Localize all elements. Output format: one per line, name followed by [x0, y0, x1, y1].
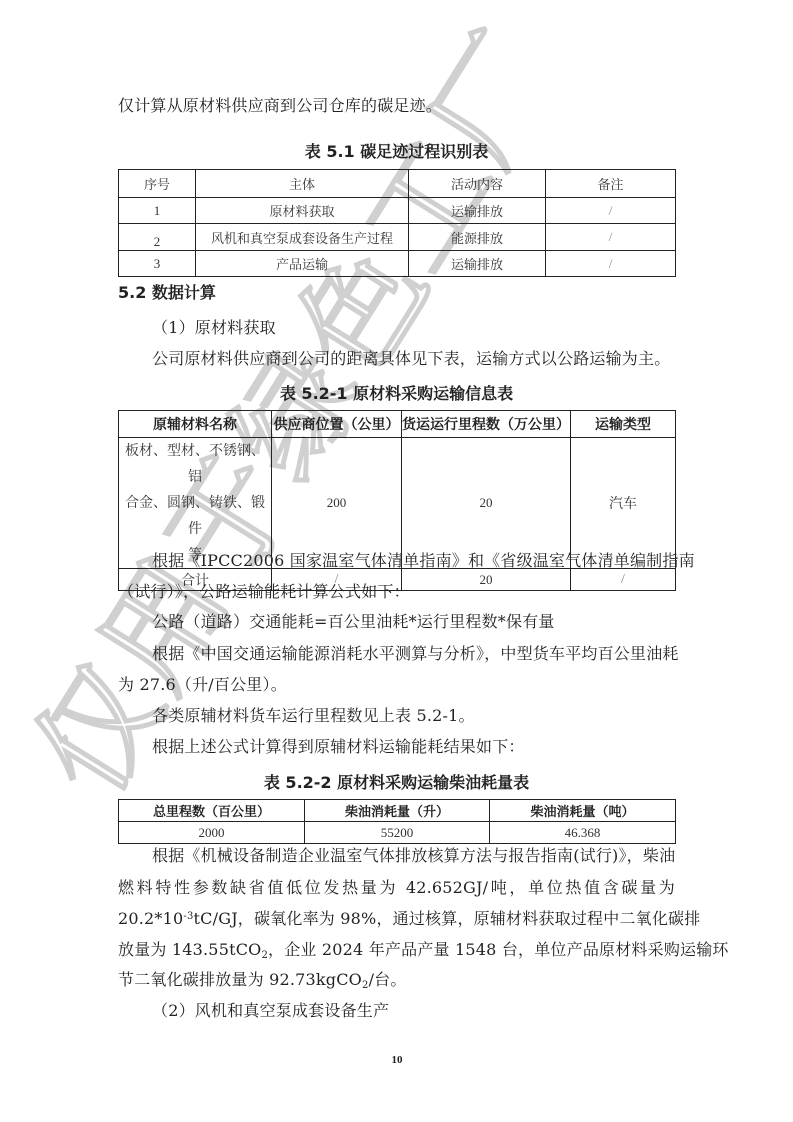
cell: 3 [119, 251, 196, 277]
table-row: 板材、型材、不锈钢、铝 合金、圆钢、铸铁、锻件 等 200 20 汽车 [119, 438, 676, 569]
table-5-2-2: 总里程数（百公里） 柴油消耗量（升） 柴油消耗量（吨） 2000 55200 4… [118, 799, 676, 844]
text: 20.2*10 [118, 909, 183, 928]
header-cell: 运输类型 [571, 411, 676, 438]
table-header-row: 总里程数（百公里） 柴油消耗量（升） 柴油消耗量（吨） [119, 800, 676, 822]
superscript: -3 [183, 911, 193, 922]
table-5-1-caption: 表 5.1 碳足迹过程识别表 [118, 139, 675, 162]
header-cell: 序号 [119, 170, 196, 198]
header-cell: 原辅材料名称 [119, 411, 272, 438]
paragraph: （试行）》，公路运输能耗计算公式如下： [118, 584, 410, 600]
cell: 运输排放 [409, 198, 546, 224]
table-header-row: 原辅材料名称 供应商位置（公里） 货运运行里程数（万公里） 运输类型 [119, 411, 676, 438]
header-cell: 活动内容 [409, 170, 546, 198]
text: /台。 [369, 970, 407, 989]
cell: / [546, 198, 676, 224]
formula-line: 公路（道路）交通能耗=百公里油耗*运行里程数*保有量 [152, 614, 555, 630]
cell: 能源排放 [409, 224, 546, 251]
table-header-row: 序号 主体 活动内容 备注 [119, 170, 676, 198]
text: 节二氧化碳排放量为 92.73kgCO [118, 970, 362, 989]
cell: 200 [272, 438, 402, 569]
section-heading: 5.2 数据计算 [118, 280, 216, 303]
subheading-1: （1）原材料获取 [152, 320, 276, 336]
paragraph: 为 27.6（升/百公里）。 [118, 677, 287, 693]
table-row: 3 产品运输 运输排放 / [119, 251, 676, 277]
page-number: 10 [390, 1054, 404, 1066]
table-row: 1 原材料获取 运输排放 / [119, 198, 676, 224]
paragraph: 根据上述公式计算得到原辅材料运输能耗结果如下： [152, 739, 525, 755]
paragraph: 根据《IPCC2006 国家温室气体清单指南》和《省级温室气体清单编制指南 [152, 553, 695, 569]
cell: 46.368 [490, 822, 676, 844]
material-line: 合金、圆钢、铸铁、锻件 [119, 490, 271, 542]
paragraph: 各类原辅材料货车运行里程数见上表 5.2-1。 [152, 708, 475, 724]
table-5-2-2-caption: 表 5.2-2 原材料采购运输柴油耗量表 [118, 770, 675, 793]
cell: 2 [119, 224, 196, 251]
header-cell: 柴油消耗量（升） [305, 800, 490, 822]
header-cell: 备注 [546, 170, 676, 198]
material-line: 板材、型材、不锈钢、铝 [119, 438, 271, 490]
header-cell: 货运运行里程数（万公里） [402, 411, 571, 438]
table-row: 2 风机和真空泵成套设备生产过程 能源排放 / [119, 224, 676, 251]
paragraph: 燃料特性参数缺省值低位发热量为 42.652GJ/吨，单位热值含碳量为 [118, 880, 675, 896]
text: tC/GJ，碳氧化率为 98%，通过核算，原辅材料获取过程中二氧化碳排 [194, 909, 701, 928]
material-cell: 板材、型材、不锈钢、铝 合金、圆钢、铸铁、锻件 等 [119, 438, 272, 569]
cell: / [571, 569, 676, 591]
paragraph: 公司原材料供应商到公司的距离具体见下表，运输方式以公路运输为主。 [152, 351, 670, 367]
cell: 2000 [119, 822, 305, 844]
header-cell: 总里程数（百公里） [119, 800, 305, 822]
subheading-2: （2）风机和真空泵成套设备生产 [152, 1003, 389, 1019]
paragraph: 根据《机械设备制造企业温室气体排放核算方法与报告指南(试行)》，柴油 [152, 848, 675, 864]
table-row: 2000 55200 46.368 [119, 822, 676, 844]
paragraph-line: 节二氧化碳排放量为 92.73kgCO2/台。 [118, 972, 407, 988]
cell: 风机和真空泵成套设备生产过程 [196, 224, 409, 251]
cell: 20 [402, 569, 571, 591]
cell: / [546, 224, 676, 251]
paragraph: 根据《中国交通运输能源消耗水平测算与分析》，中型货车平均百公里油耗 [152, 646, 679, 662]
header-cell: 主体 [196, 170, 409, 198]
cell: 运输排放 [409, 251, 546, 277]
cell: 产品运输 [196, 251, 409, 277]
cell: 原材料获取 [196, 198, 409, 224]
paragraph-line: 20.2*10-3tC/GJ，碳氧化率为 98%，通过核算，原辅材料获取过程中二… [118, 911, 700, 927]
document-page: 仅用于绿色工厂 仅计算从原材料供应商到公司仓库的碳足迹。 表 5.1 碳足迹过程… [0, 0, 793, 1122]
table-5-2-1-caption: 表 5.2-1 原材料采购运输信息表 [118, 381, 675, 404]
cell: 20 [402, 438, 571, 569]
text: ，企业 2024 年产品产量 1548 台，单位产品原材料采购运输环 [268, 940, 729, 959]
table-5-1: 序号 主体 活动内容 备注 1 原材料获取 运输排放 / 2 风机和真空泵成套设… [118, 169, 676, 277]
header-cell: 供应商位置（公里） [272, 411, 402, 438]
cell: / [546, 251, 676, 277]
paragraph-line: 放量为 143.55tCO2，企业 2024 年产品产量 1548 台，单位产品… [118, 942, 729, 958]
cell: 55200 [305, 822, 490, 844]
header-cell: 柴油消耗量（吨） [490, 800, 676, 822]
cell: 汽车 [571, 438, 676, 569]
text: 放量为 143.55tCO [118, 940, 261, 959]
intro-line: 仅计算从原材料供应商到公司仓库的碳足迹。 [118, 98, 442, 114]
cell: 1 [119, 198, 196, 224]
